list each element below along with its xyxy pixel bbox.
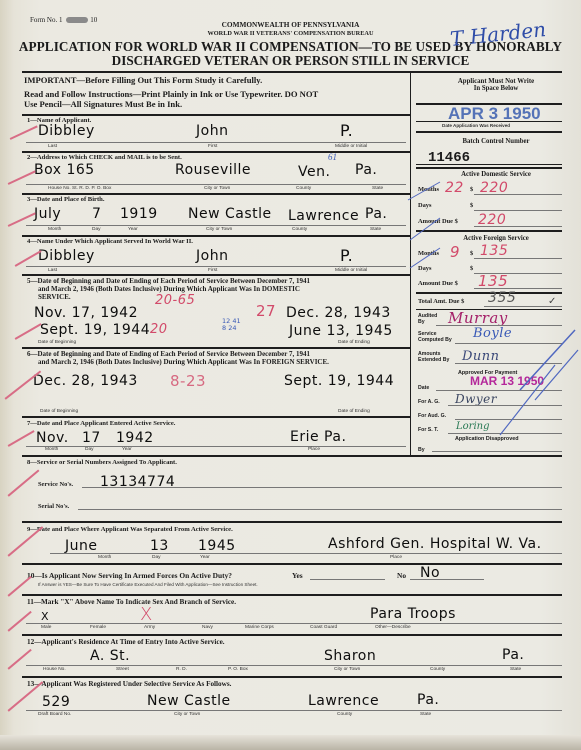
underline <box>26 623 562 624</box>
q3-city[interactable]: New Castle <box>188 206 272 222</box>
q10-yes-label: Yes <box>292 571 303 580</box>
q2-house[interactable]: Box 165 <box>34 162 95 178</box>
q2-state[interactable]: Pa. <box>355 162 377 178</box>
label-state: State <box>372 186 383 191</box>
label-county: County <box>296 186 311 191</box>
q7-place[interactable]: Erie Pa. <box>290 429 346 445</box>
domestic-title: Active Domestic Service <box>415 171 577 178</box>
q3-year[interactable]: 1919 <box>120 206 158 222</box>
q5-period1-begin[interactable]: Nov. 17, 1942 <box>34 305 138 321</box>
divider <box>22 114 410 116</box>
q13-city[interactable]: New Castle <box>147 693 231 709</box>
q10-label: 10—Is Applicant Now Serving In Armed For… <box>27 571 232 580</box>
underline <box>26 710 562 711</box>
header-divider <box>22 71 562 73</box>
margin-tick <box>8 430 35 446</box>
male-mark[interactable]: X <box>41 610 49 623</box>
margin-tick <box>8 526 43 556</box>
q9-label: 9—Date and Place Where Applicant Was Sep… <box>27 526 233 533</box>
label-army: Army <box>144 625 155 630</box>
q5-red-row2: 20 <box>150 322 168 337</box>
instruction-line3: Use Pencil—All Signatures Must Be in Ink… <box>24 99 182 109</box>
q10-no-label: No <box>397 571 406 580</box>
label-county: County <box>292 227 307 232</box>
q6-red-annotation: 8-23 <box>170 372 206 390</box>
q6-end[interactable]: Sept. 19, 1944 <box>284 373 394 389</box>
label-street: Street <box>116 667 129 672</box>
label-day: Day <box>152 555 161 560</box>
label-navy: Navy <box>202 625 213 630</box>
q8-label: 8—Service or Serial Numbers Assigned To … <box>27 459 177 466</box>
q5-red-annotation: 20-65 <box>155 293 195 308</box>
q4-first-name[interactable]: John <box>196 248 228 264</box>
q9-month[interactable]: June <box>65 538 98 554</box>
q7-month[interactable]: Nov. <box>36 430 69 446</box>
label-month: Month <box>98 555 111 560</box>
q1-last-name[interactable]: Dibbley <box>38 123 95 139</box>
label-middle: Middle or Initial <box>335 268 367 273</box>
underline <box>26 184 406 185</box>
q3-county[interactable]: Lawrence <box>288 208 359 224</box>
q4-middle-initial[interactable]: P. <box>340 246 353 265</box>
other-branch[interactable]: Para Troops <box>370 606 456 622</box>
label-state: State <box>510 667 521 672</box>
label-other: Other—Describe <box>375 625 411 630</box>
q5-blue-calc: 12 418 24 <box>222 318 241 332</box>
divider <box>22 347 410 349</box>
margin-tick <box>8 170 36 184</box>
label-month: Month <box>45 447 58 452</box>
label-first: First <box>208 268 217 273</box>
divider <box>22 416 410 418</box>
label-county: County <box>430 667 445 672</box>
label-month: Month <box>48 227 61 232</box>
q3-label: 3—Date and Place of Birth. <box>27 196 104 203</box>
label-place: Place <box>308 447 320 452</box>
label-marine: Marine Corps <box>245 625 274 630</box>
underline <box>432 451 562 452</box>
q2-city[interactable]: Rouseville <box>175 162 251 178</box>
divider <box>22 563 562 565</box>
q6-label-line2: and March 2, 1946 (Both Dates Inclusive)… <box>38 358 408 367</box>
service-no-label: Service No's. <box>38 481 73 488</box>
underline <box>82 487 562 488</box>
margin-tick <box>10 125 38 139</box>
label-male: Male <box>41 625 51 630</box>
q5-period2-begin[interactable]: Sept. 19, 1944 <box>40 322 150 338</box>
underline <box>416 164 562 165</box>
divider <box>22 151 410 153</box>
page-bottom-edge <box>0 735 581 750</box>
label-draft-board: Draft Board No. <box>38 712 71 717</box>
q9-day[interactable]: 13 <box>150 538 169 554</box>
underline <box>26 225 406 226</box>
underline <box>416 121 562 122</box>
army-mark[interactable]: X <box>140 604 153 625</box>
label-pobox: P. O. Box <box>228 667 248 672</box>
label-city: City or Town <box>334 667 360 672</box>
q3-month[interactable]: July <box>34 206 61 222</box>
label-last: Last <box>48 144 57 149</box>
divider <box>22 455 562 457</box>
underline <box>78 509 562 510</box>
divider <box>22 193 410 195</box>
label-first: First <box>208 144 217 149</box>
divider <box>22 235 410 237</box>
label-rd: R. D. <box>176 667 187 672</box>
underline <box>26 266 406 267</box>
q13-label: 13—Applicant Was Registered Under Select… <box>27 680 231 688</box>
batch-control-label: Batch Control Number <box>415 138 577 145</box>
q13-state[interactable]: Pa. <box>417 692 439 708</box>
q4-label: 4—Name Under Which Applicant Served In W… <box>27 238 193 245</box>
label-day: Day <box>92 227 101 232</box>
office-use-title: Applicant Must Not WriteIn Space Below <box>415 78 577 92</box>
label-begin: Date of Beginning <box>38 340 76 345</box>
underline <box>26 142 406 143</box>
label-city: City or Town <box>174 712 200 717</box>
label-day: Day <box>85 447 94 452</box>
divider <box>22 274 410 276</box>
form-title-line2: DISCHARGED VETERAN OR PERSON STILL IN SE… <box>0 53 581 69</box>
q1-middle-initial[interactable]: P. <box>340 121 353 140</box>
label-city: City or Town <box>204 186 230 191</box>
q1-first-name[interactable]: John <box>196 123 228 139</box>
q3-day[interactable]: 7 <box>92 206 101 222</box>
q12-street[interactable]: A. St. <box>90 648 130 664</box>
label-female: Female <box>90 625 106 630</box>
q7-day[interactable]: 17 <box>82 430 101 446</box>
label-year: Year <box>122 447 132 452</box>
divider <box>22 521 562 523</box>
underline <box>26 446 406 447</box>
instruction-important: IMPORTANT—Before Filling Out This Form S… <box>24 75 262 85</box>
underline <box>26 665 562 666</box>
label-city: City or Town <box>206 227 232 232</box>
label-middle: Middle or Initial <box>335 144 367 149</box>
q11-label: 11—Mark "X" Above Name To Indicate Sex A… <box>27 598 236 606</box>
q3-state[interactable]: Pa. <box>365 206 387 222</box>
underline <box>310 579 385 580</box>
divider <box>416 167 562 169</box>
label-begin: Date of Beginning <box>40 409 78 414</box>
margin-tick <box>8 469 40 496</box>
q4-last-name[interactable]: Dibbley <box>38 248 95 264</box>
q6-begin[interactable]: Dec. 28, 1943 <box>33 373 138 389</box>
label-end: Date of Ending <box>338 340 370 345</box>
application-form-page: Form No. 1 10 COMMONWEALTH OF PENNSYLVAN… <box>0 0 581 750</box>
label-county: County <box>337 712 352 717</box>
blue-pen-strokes <box>400 180 581 450</box>
label-year: Year <box>200 555 210 560</box>
label-end: Date of Ending <box>338 409 370 414</box>
q5-label-line3: SERVICE. <box>38 293 71 302</box>
label-last: Last <box>48 268 57 273</box>
margin-tick <box>8 649 32 669</box>
label-state: State <box>420 712 431 717</box>
divider <box>22 676 562 678</box>
q10-no-value[interactable]: No <box>420 565 440 581</box>
label-year: Year <box>128 227 138 232</box>
received-date-label: Date Application Was Received <box>442 123 510 128</box>
q2-label: 2—Address to Which CHECK and MAIL is to … <box>27 154 182 161</box>
q5-red-days: 27 <box>256 302 276 320</box>
q9-place[interactable]: Ashford Gen. Hospital W. Va. <box>328 536 542 552</box>
q2-annotation: 61 <box>328 152 337 162</box>
divider <box>22 634 562 636</box>
divider <box>22 594 562 596</box>
margin-tick <box>8 611 32 631</box>
q5-period2-end[interactable]: June 13, 1945 <box>289 323 393 339</box>
margin-tick <box>8 681 43 711</box>
q13-county[interactable]: Lawrence <box>308 693 379 709</box>
q7-year[interactable]: 1942 <box>116 430 154 446</box>
label-state: State <box>370 227 381 232</box>
serial-no-label: Serial No's. <box>38 503 69 510</box>
q12-label: 12—Applicant's Residence At Time of Entr… <box>27 638 225 646</box>
q5-label-line2: and March 2, 1946 (Both Dates Inclusive)… <box>38 285 408 294</box>
q2-county[interactable]: Ven. <box>298 164 330 180</box>
label-place: Place <box>390 555 402 560</box>
label-coast-guard: Coast Guard <box>310 625 337 630</box>
label-house: House No. <box>43 667 66 672</box>
q12-city[interactable]: Sharon <box>324 648 376 664</box>
instruction-line2: Read and Follow Instructions—Print Plain… <box>24 89 318 99</box>
q13-draft-board[interactable]: 529 <box>42 694 70 710</box>
margin-tick <box>15 323 42 339</box>
label-house: House No. St. R. D. P. O. Box <box>48 186 111 191</box>
q5-period1-end[interactable]: Dec. 28, 1943 <box>286 305 391 321</box>
q7-label: 7—Date and Place Applicant Entered Activ… <box>27 420 175 427</box>
q9-year[interactable]: 1945 <box>198 538 236 554</box>
q10-note: If Answer is YES—Be Sure To Have Certifi… <box>38 582 258 587</box>
q12-state[interactable]: Pa. <box>502 647 524 663</box>
underline <box>50 553 562 554</box>
divider <box>416 131 562 133</box>
